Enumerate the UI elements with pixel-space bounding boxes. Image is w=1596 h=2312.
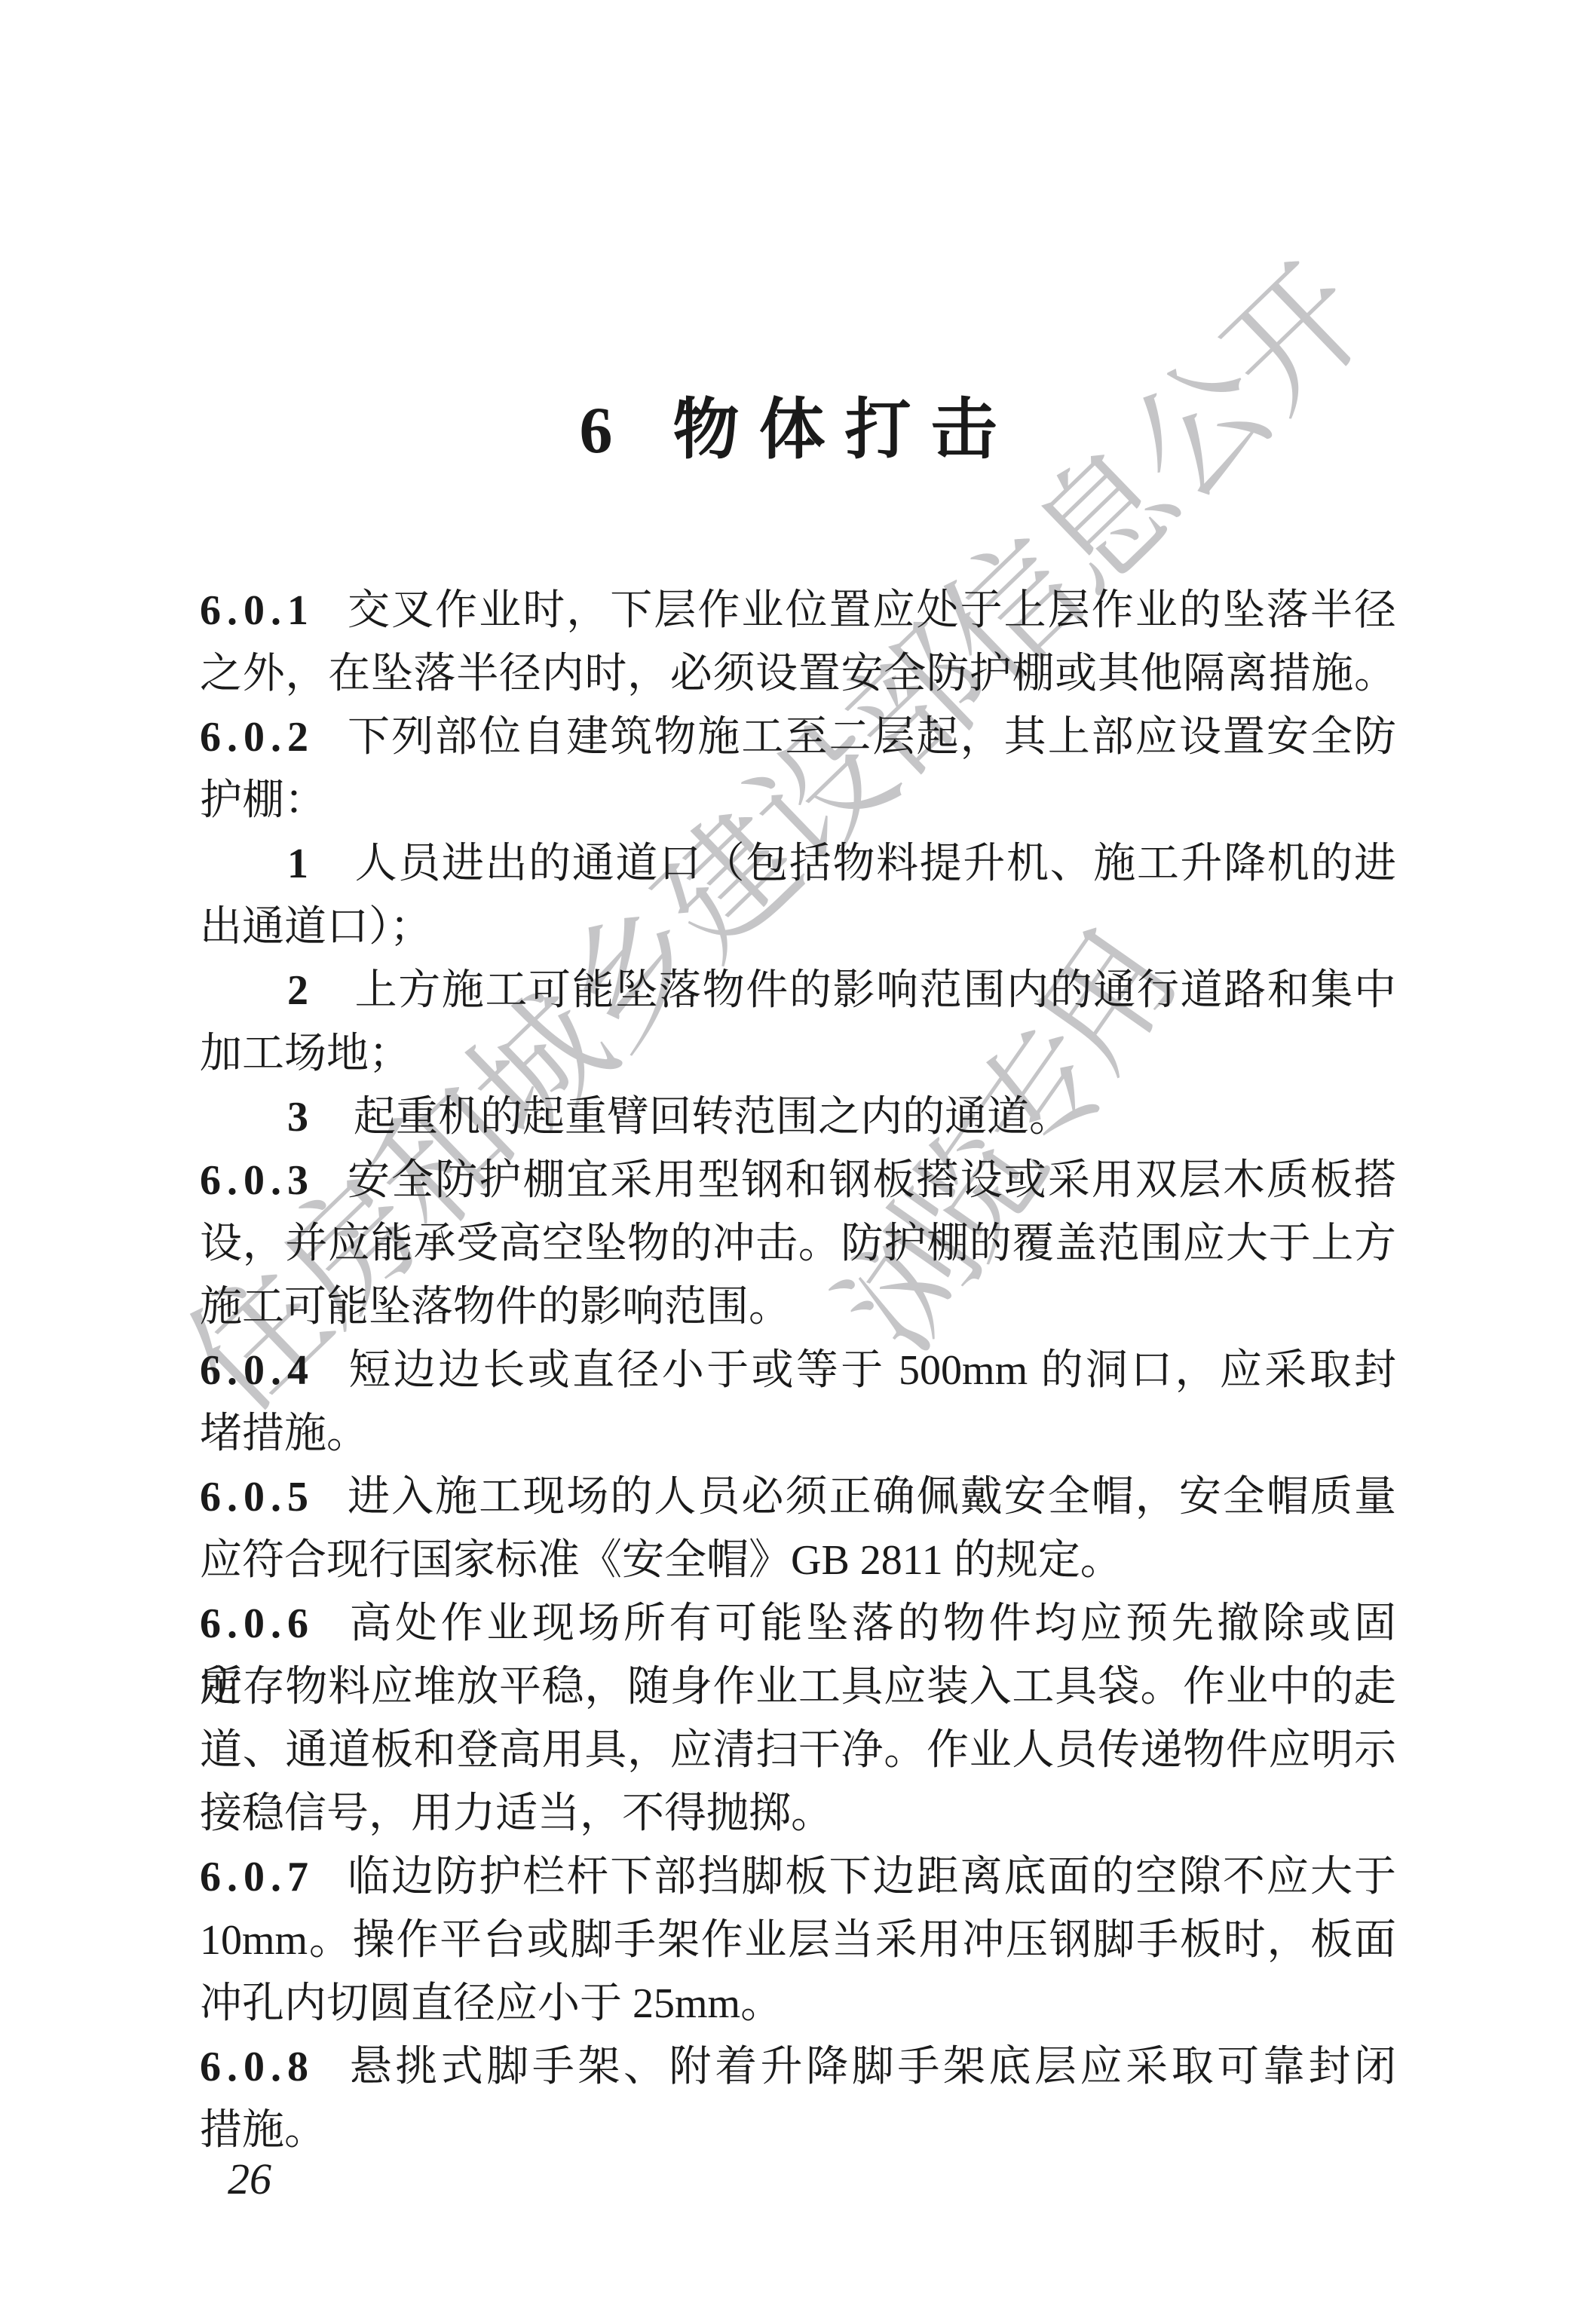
line-text: 道、通道板和登高用具，应清扫干净。作业人员传递物件应明示 (200, 1727, 1396, 1774)
line-text: 护棚： (200, 777, 326, 824)
body-line: 出通道口）； (200, 896, 1396, 959)
body-line: 6.0.8悬挑式脚手架、附着升降脚手架底层应采取可靠封闭 (200, 2035, 1396, 2099)
clause-number: 6.0.6 (200, 1600, 314, 1647)
body-line: 6.0.1交叉作业时，下层作业位置应处于上层作业的坠落半径 (200, 579, 1396, 642)
clause-number: 6.0.2 (200, 714, 314, 761)
line-text: 设，并应能承受高空坠物的冲击。防护棚的覆盖范围应大于上方 (200, 1220, 1396, 1267)
body-line: 6.0.5进入施工现场的人员必须正确佩戴安全帽，安全帽质量 (200, 1465, 1396, 1529)
body-line: 3起重机的起重臂回转范围之内的通道。 (200, 1086, 1396, 1149)
clause-number: 6.0.5 (200, 1474, 314, 1520)
clause-number: 6.0.1 (200, 587, 314, 634)
line-text: 交叉作业时，下层作业位置应处于上层作业的坠落半径 (346, 587, 1396, 634)
line-text: 悬挑式脚手架、附着升降脚手架底层应采取可靠封闭 (346, 2044, 1396, 2090)
line-text: 临边防护栏杆下部挡脚板下边距离底面的空隙不应大于 (346, 1854, 1396, 1900)
body-line: 6.0.2下列部位自建筑物施工至二层起，其上部应设置安全防 (200, 706, 1396, 769)
body-line: 加工场地； (200, 1022, 1396, 1086)
body-line: 6.0.4短边边长或直径小于或等于 500mm 的洞口，应采取封 (200, 1339, 1396, 1402)
page-number: 26 (228, 2157, 271, 2201)
line-text: 所存物料应堆放平稳，随身作业工具应装入工具袋。作业中的走 (200, 1664, 1396, 1710)
item-number: 2 (287, 967, 308, 1014)
line-text: 人员进出的通道口（包括物料提升机、施工升降机的进 (354, 841, 1396, 887)
section-number: 6 (579, 394, 612, 467)
document-page: 住房和城乡建设部信息公开 浏览专用 6物体打击 6.0.1交叉作业时，下层作业位… (0, 0, 1596, 2312)
body-line: 设，并应能承受高空坠物的冲击。防护棚的覆盖范围应大于上方 (200, 1212, 1396, 1275)
body-line: 堵措施。 (200, 1402, 1396, 1465)
line-text: 堵措施。 (200, 1410, 369, 1457)
body-line: 6.0.7临边防护栏杆下部挡脚板下边距离底面的空隙不应大于 (200, 1845, 1396, 1909)
line-text: 进入施工现场的人员必须正确佩戴安全帽，安全帽质量 (346, 1474, 1396, 1520)
body-line: 10mm。操作平台或脚手架作业层当采用冲压钢脚手板时，板面 (200, 1909, 1396, 1972)
body-line: 接稳信号，用力适当，不得抛掷。 (200, 1782, 1396, 1845)
clause-number: 6.0.7 (200, 1854, 314, 1900)
item-number: 1 (287, 841, 308, 887)
body-line: 6.0.6高处作业现场所有可能坠落的物件均应预先撤除或固定。 (200, 1592, 1396, 1655)
line-text: 措施。 (200, 2107, 326, 2154)
body-line: 2上方施工可能坠落物件的影响范围内的通行道路和集中 (200, 959, 1396, 1022)
line-text: 接稳信号，用力适当，不得抛掷。 (200, 1790, 833, 1837)
body-line: 之外，在坠落半径内时，必须设置安全防护棚或其他隔离措施。 (200, 642, 1396, 706)
body-line: 应符合现行国家标准《安全帽》GB 2811 的规定。 (200, 1529, 1396, 1592)
body-line: 施工可能坠落物件的影响范围。 (200, 1275, 1396, 1339)
line-text: 之外，在坠落半径内时，必须设置安全防护棚或其他隔离措施。 (200, 651, 1396, 697)
line-text: 应符合现行国家标准《安全帽》GB 2811 的规定。 (200, 1537, 1123, 1584)
body-line: 所存物料应堆放平稳，随身作业工具应装入工具袋。作业中的走 (200, 1655, 1396, 1719)
line-text: 安全防护棚宜采用型钢和钢板搭设或采用双层木质板搭 (346, 1157, 1396, 1204)
line-text: 下列部位自建筑物施工至二层起，其上部应设置安全防 (346, 714, 1396, 761)
line-text: 施工可能坠落物件的影响范围。 (200, 1284, 791, 1331)
section-title: 6物体打击 (0, 398, 1596, 464)
line-text: 起重机的起重臂回转范围之内的通道。 (354, 1094, 1071, 1141)
body-line: 道、通道板和登高用具，应清扫干净。作业人员传递物件应明示 (200, 1719, 1396, 1782)
clause-number: 6.0.3 (200, 1157, 314, 1204)
document-body: 6.0.1交叉作业时，下层作业位置应处于上层作业的坠落半径之外，在坠落半径内时，… (200, 579, 1396, 2162)
line-text: 10mm。操作平台或脚手架作业层当采用冲压钢脚手板时，板面 (200, 1917, 1396, 1964)
line-text: 上方施工可能坠落物件的影响范围内的通行道路和集中 (354, 967, 1396, 1014)
body-line: 护棚： (200, 769, 1396, 832)
body-line: 1人员进出的通道口（包括物料提升机、施工升降机的进 (200, 832, 1396, 896)
section-title-text: 物体打击 (672, 394, 1016, 467)
line-text: 短边边长或直径小于或等于 500mm 的洞口，应采取封 (346, 1347, 1396, 1394)
clause-number: 6.0.8 (200, 2044, 314, 2090)
body-line: 措施。 (200, 2099, 1396, 2162)
item-number: 3 (287, 1094, 308, 1141)
line-text: 加工场地； (200, 1030, 411, 1077)
clause-number: 6.0.4 (200, 1347, 314, 1394)
line-text: 出通道口）； (200, 904, 432, 951)
body-line: 冲孔内切圆直径应小于 25mm。 (200, 1972, 1396, 2035)
body-line: 6.0.3安全防护棚宜采用型钢和钢板搭设或采用双层木质板搭 (200, 1149, 1396, 1212)
line-text: 冲孔内切圆直径应小于 25mm。 (200, 1980, 783, 2027)
